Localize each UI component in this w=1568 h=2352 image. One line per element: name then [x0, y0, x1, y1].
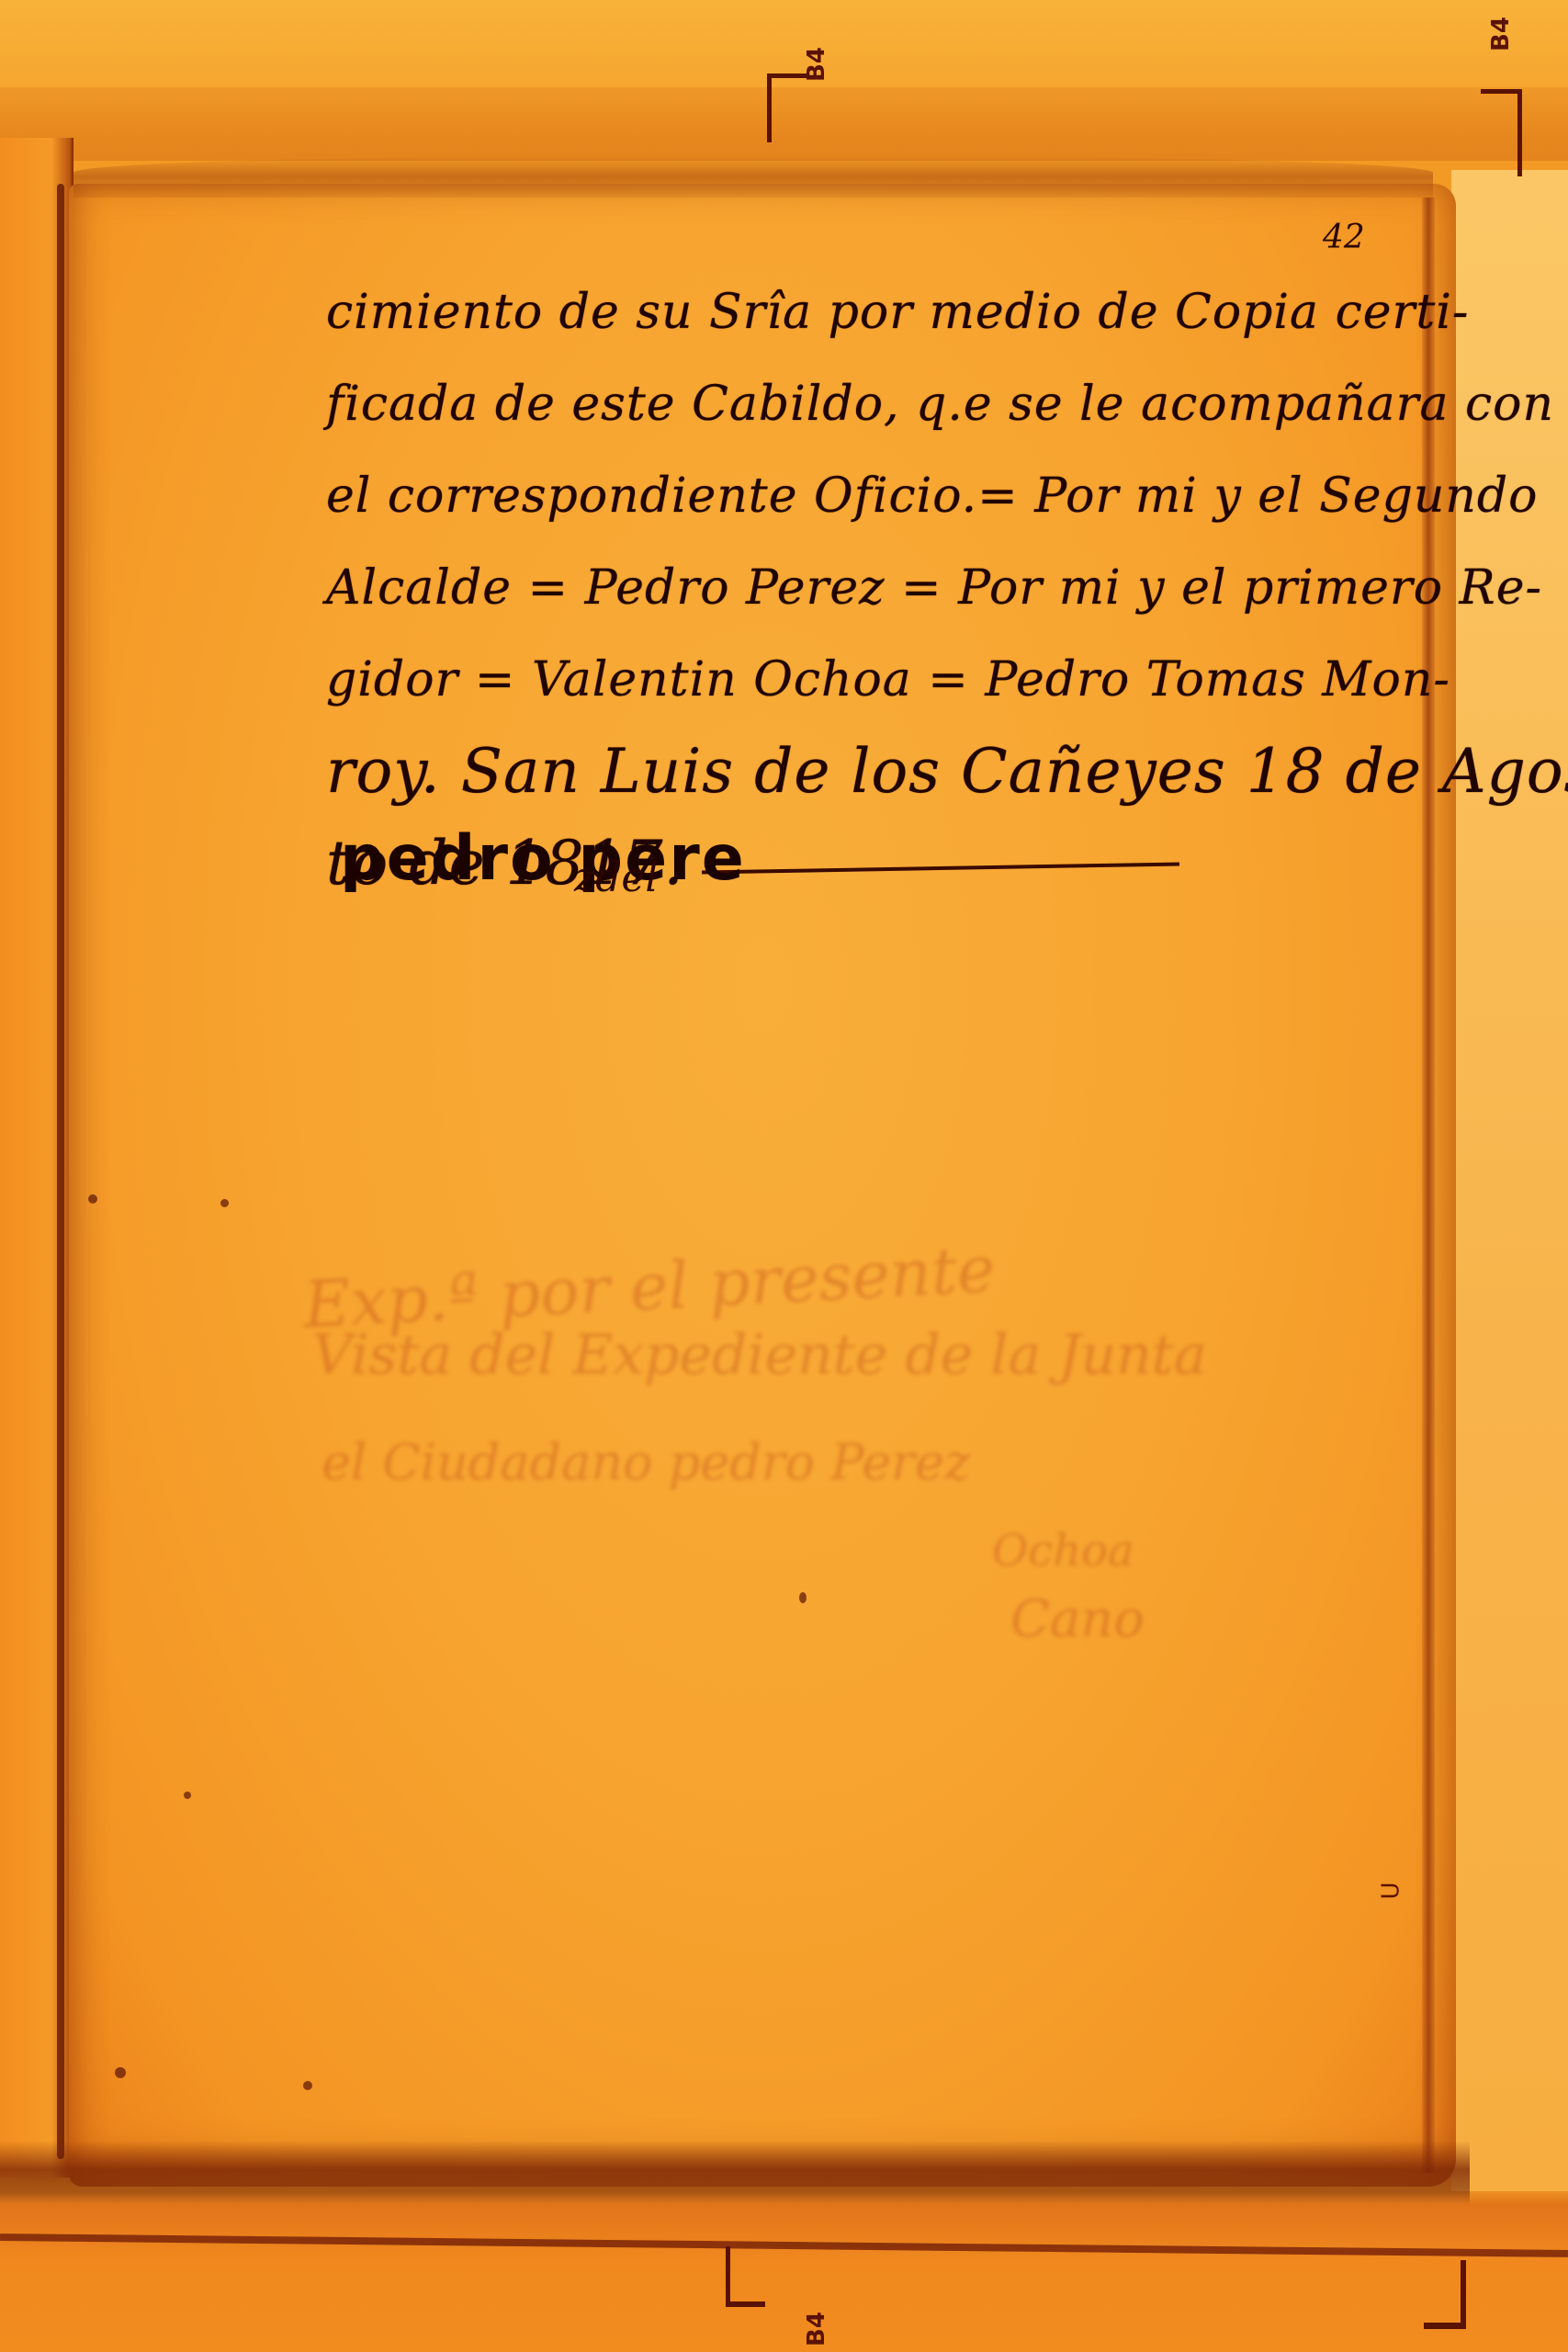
manuscript-line: gidor = Valentin Ochoa = Pedro Tomas Mon… — [326, 634, 1428, 726]
book-spine — [57, 184, 64, 2159]
crop-mark-top-left — [767, 73, 808, 142]
manuscript-line: el correspondiente Oficio.= Por mi y el … — [326, 450, 1428, 542]
bleed-through-line: Cano — [1010, 1589, 1145, 1649]
signature-flourish: zdel — [574, 854, 658, 901]
crop-mark-top-right — [1481, 89, 1522, 176]
bleed-through-line: Ochoa — [992, 1525, 1134, 1577]
crop-label-top-right: B4 — [1487, 17, 1515, 51]
crop-label-top-left: B4 — [803, 47, 830, 82]
crop-label-bottom-left: B4 — [803, 2312, 830, 2346]
ink-spot — [220, 1199, 229, 1207]
page-top-edge — [73, 156, 1433, 198]
manuscript-line: roy. San Luis de los Cañeyes 18 de Agos- — [326, 726, 1428, 818]
bleed-through-line: Vista del Expediente de la Junta — [312, 1323, 1207, 1387]
crop-mark-bottom-right — [1424, 2260, 1466, 2329]
ink-spot — [184, 1792, 191, 1799]
manuscript-text: cimiento de su Srîa por medio de Copia c… — [326, 266, 1428, 910]
bleed-through-line: el Ciudadano pedro Perez — [321, 1433, 970, 1491]
closing-underline — [702, 862, 1179, 874]
ink-spot — [88, 1194, 97, 1204]
manuscript-line: Alcalde = Pedro Perez = Por mi y el prim… — [326, 542, 1428, 634]
folio-number: 42 — [1323, 219, 1365, 256]
ink-spot — [115, 2067, 126, 2078]
signature: pedro pere — [340, 822, 746, 895]
crop-mark-bottom-left — [726, 2246, 765, 2307]
manuscript-line: ficada de este Cabildo, q.e se le acompa… — [326, 358, 1428, 450]
manuscript-line: cimiento de su Srîa por medio de Copia c… — [326, 266, 1428, 358]
ink-spot — [303, 2081, 312, 2090]
page-bottom-edge — [0, 2141, 1470, 2205]
ink-spot — [799, 1592, 807, 1603]
margin-mark: U — [1378, 1882, 1405, 1899]
